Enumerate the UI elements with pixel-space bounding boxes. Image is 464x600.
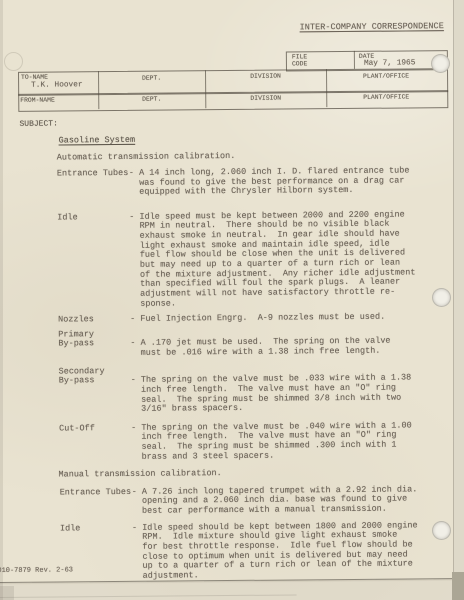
bottom-left-fold — [0, 586, 14, 600]
to-name-value: T.K. Hoover — [31, 81, 83, 91]
entry-text: - The spring on the valve must be .033 w… — [131, 374, 412, 415]
entry-label: Idle — [57, 213, 77, 223]
punch-impression-left — [4, 52, 23, 71]
scanned-memo-page: { "memo": { "title": "INTER-COMPANY CORR… — [0, 0, 464, 600]
from-dept-label: DEPT. — [98, 95, 205, 104]
from-label: FROM-NAME — [20, 97, 55, 105]
bottom-right-corner-shadow — [452, 572, 464, 600]
entry-label: Secondary By-pass — [59, 367, 105, 387]
to-label: TO-NAME — [21, 73, 48, 81]
punch-hole-middle — [432, 288, 451, 307]
section-heading: Manual transmission calibration. — [58, 469, 221, 480]
file-date-divider — [354, 51, 355, 69]
entry-label: Primary By-pass — [58, 330, 94, 350]
from-plant-office-label: PLANT/OFFICE — [326, 93, 446, 102]
from-division-label: DIVISION — [205, 94, 326, 103]
to-plant-office-label: PLANT/OFFICE — [326, 72, 446, 81]
subject-title: Gasoline System — [59, 136, 136, 146]
memo-content: INTER-COMPANY CORRESPONDENCE FILE CODE D… — [0, 0, 464, 600]
to-division-label: DIVISION — [205, 72, 326, 81]
to-dept-label: DEPT. — [98, 74, 205, 83]
entry-text: - The spring on the valve must be .040 w… — [131, 421, 412, 462]
entry-label: Entrance Tubes — [60, 487, 132, 497]
section-heading: Automatic transmission calibration. — [57, 152, 236, 163]
entry-text: - A 7.26 inch long tapered trumpet with … — [132, 485, 418, 517]
entry-label: Nozzles — [58, 315, 94, 325]
punch-hole-bottom — [432, 521, 451, 540]
form-number: 010-7879 Rev. 2-63 — [0, 566, 73, 576]
entry-label: Entrance Tubes — [57, 169, 129, 179]
entry-text: - A .170 jet must be used. The spring on… — [130, 337, 390, 359]
subject-label: SUBJECT: — [19, 120, 57, 130]
entry-text: - Fuel Injection Engrg. A-9 nozzles must… — [130, 312, 385, 324]
left-edge-shadow — [0, 0, 3, 600]
entry-text: - Idle speed should be kept between 1800… — [132, 521, 418, 582]
paper-sheet: INTER-COMPANY CORRESPONDENCE FILE CODE D… — [0, 0, 464, 600]
entry-label: Idle — [60, 524, 80, 534]
right-margin-strip — [454, 0, 464, 600]
entry-label: Cut-Off — [59, 424, 95, 434]
memo-title: INTER-COMPANY CORRESPONDENCE — [300, 22, 444, 33]
punch-hole-top — [431, 54, 450, 73]
entry-text: - Idle speed must be kept between 2000 a… — [129, 210, 415, 310]
file-code-label: FILE CODE — [292, 53, 307, 68]
entry-text: - A 14 inch long, 2.060 inch I. D. flare… — [129, 166, 410, 198]
